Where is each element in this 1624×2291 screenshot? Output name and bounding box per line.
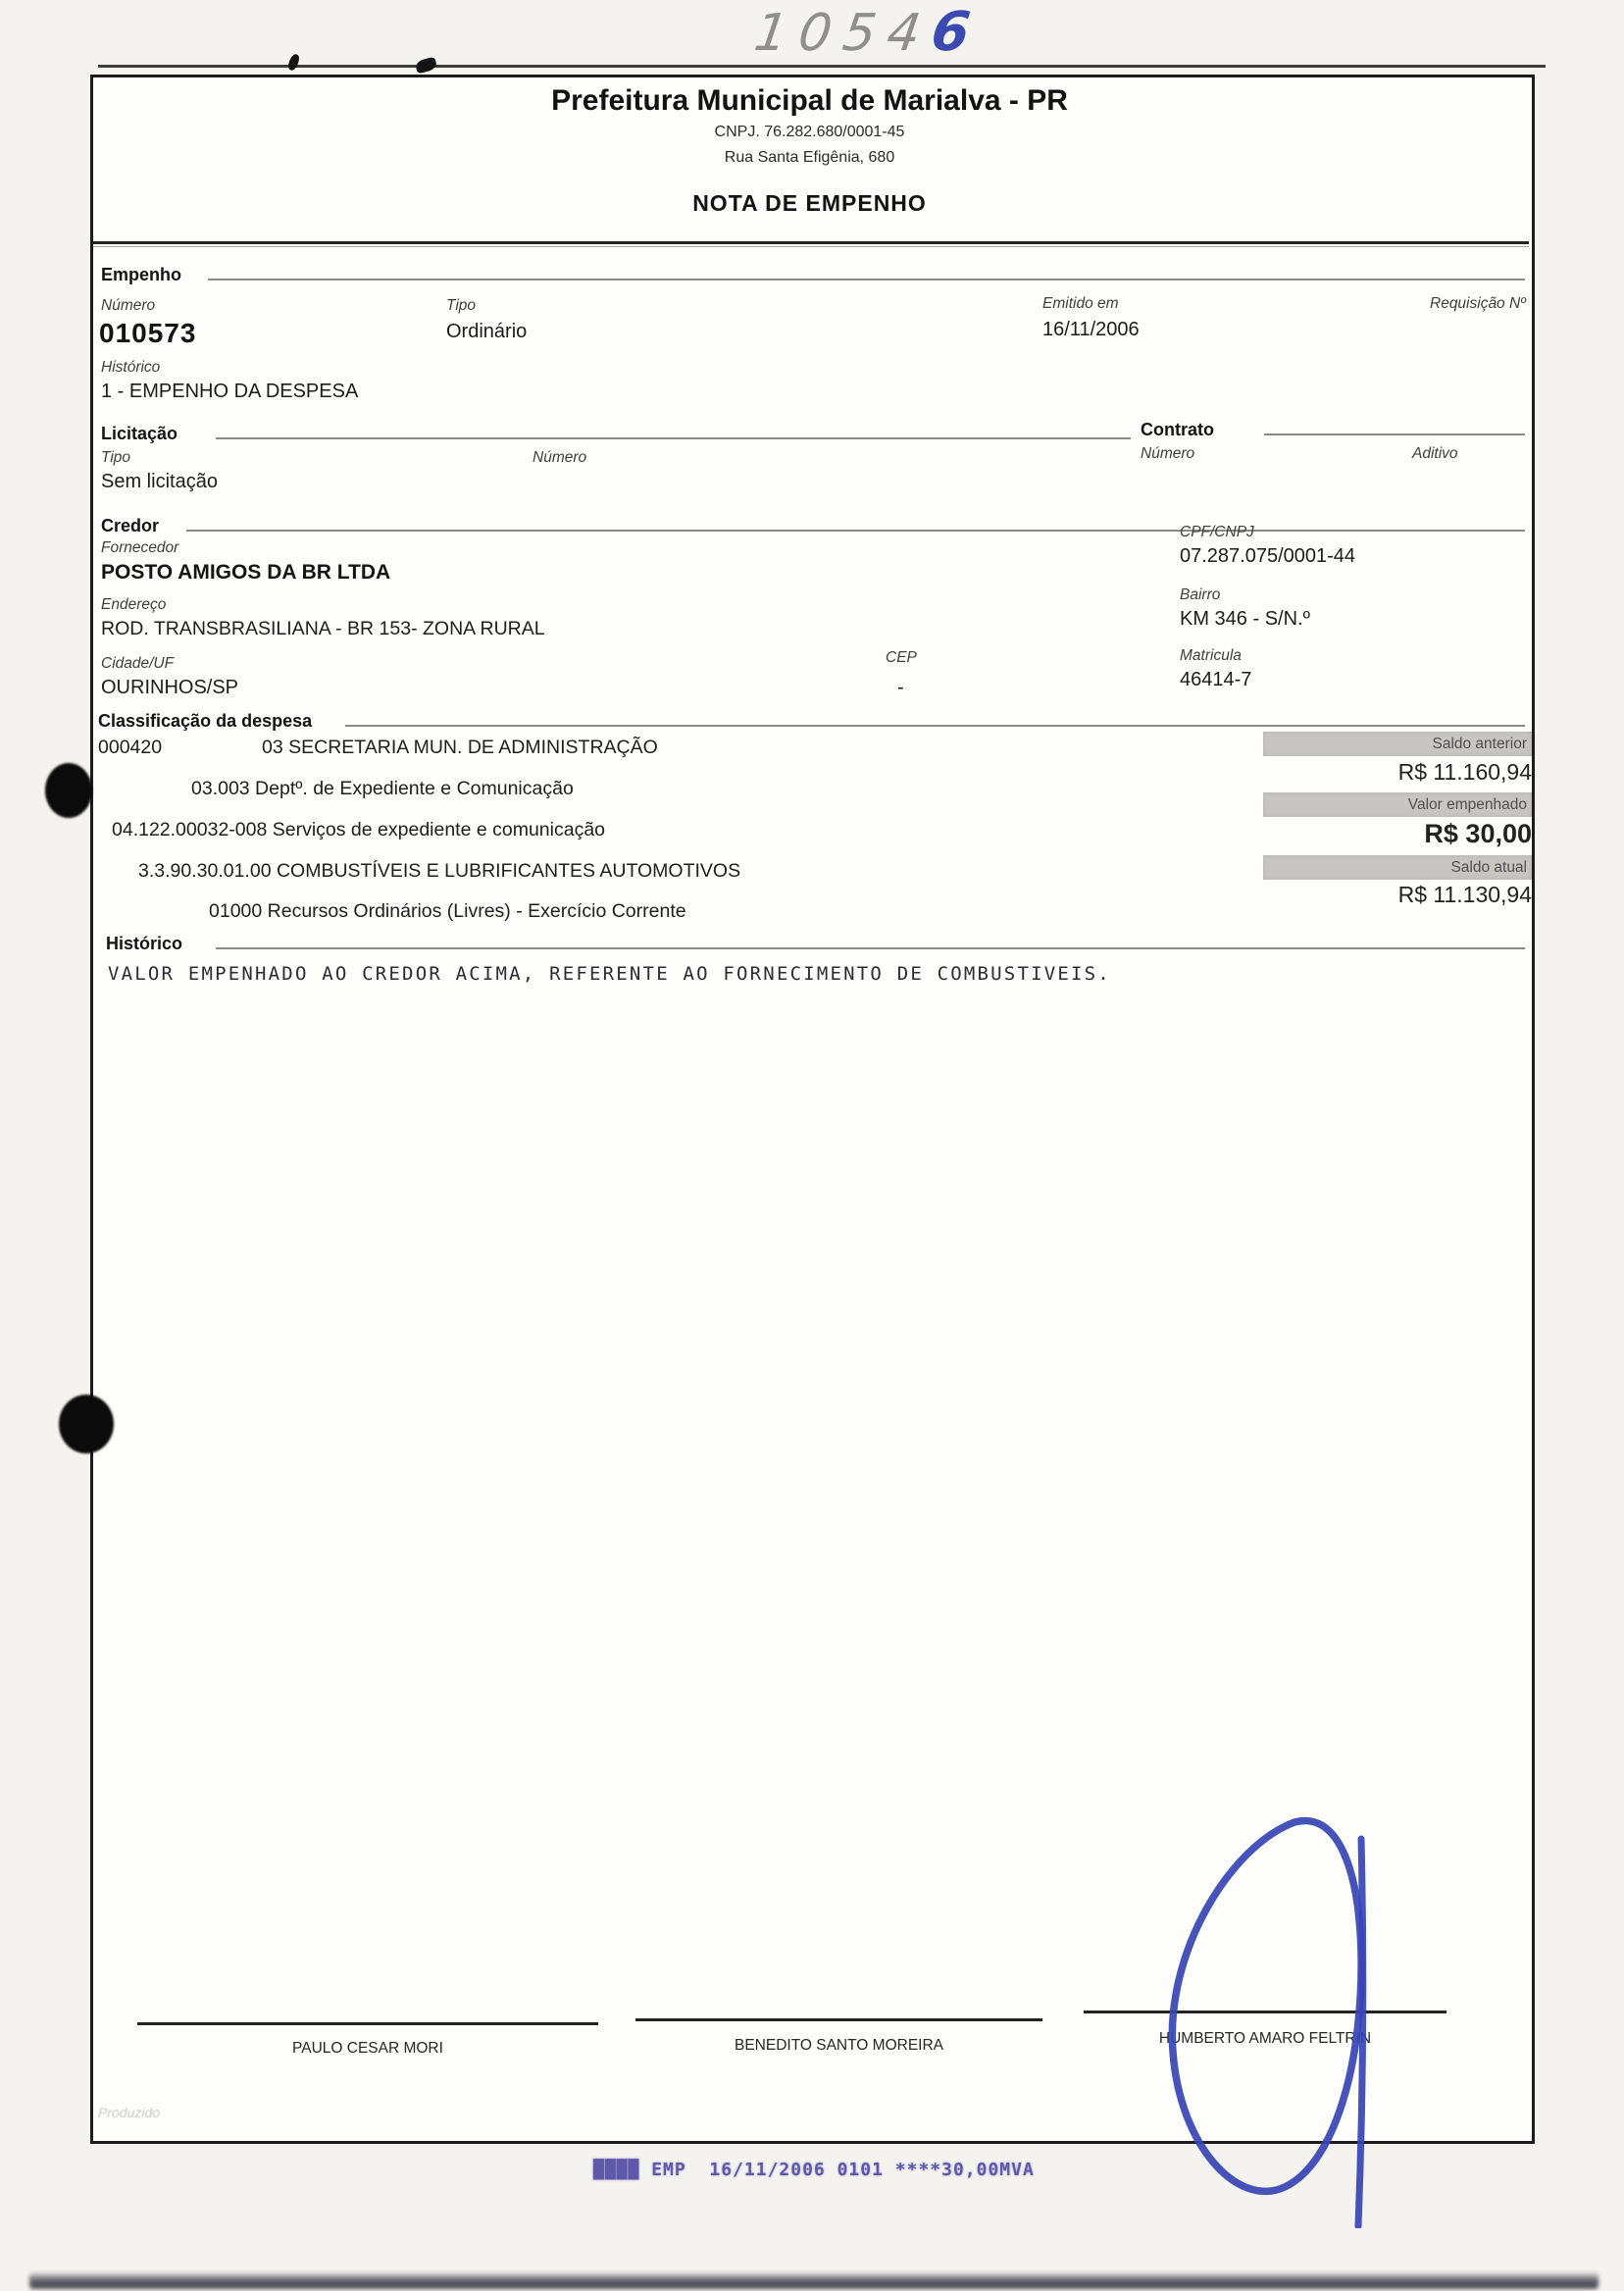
classificacao-linha1-codigo: 000420 bbox=[98, 737, 162, 759]
cidade-uf-value: OURINHOS/SP bbox=[101, 677, 238, 699]
org-cnpj: CNPJ. 76.282.680/0001-45 bbox=[90, 124, 1529, 141]
emitido-label: Emitido em bbox=[1042, 295, 1119, 313]
licitacao-tipo-label: Tipo bbox=[101, 449, 130, 467]
endereco-label: Endereço bbox=[101, 596, 166, 614]
credor-section-label: Credor bbox=[101, 516, 159, 536]
historico-section-rule bbox=[216, 947, 1525, 949]
dot-matrix-stamp: ████ EMP 16/11/2006 0101 ****30,00MVA bbox=[593, 2160, 1035, 2180]
empenho-historico-label: Histórico bbox=[101, 359, 160, 377]
signature-name-1: PAULO CESAR MORI bbox=[162, 2040, 574, 2058]
empenho-tipo-label: Tipo bbox=[446, 297, 476, 315]
empenho-numero-value: 010573 bbox=[99, 318, 196, 349]
classificacao-section-rule bbox=[345, 725, 1525, 727]
contrato-numero-label: Número bbox=[1141, 445, 1194, 463]
saldo-anterior-label: Saldo anterior bbox=[1263, 732, 1532, 756]
cpf-cnpj-value: 07.287.075/0001-44 bbox=[1180, 545, 1355, 568]
scan-top-line bbox=[98, 65, 1546, 68]
classificacao-linha1-desc: 03 SECRETARIA MUN. DE ADMINISTRAÇÃO bbox=[262, 737, 658, 759]
empenho-numero-label: Número bbox=[101, 297, 155, 315]
classificacao-linha5: 01000 Recursos Ordinários (Livres) - Exe… bbox=[209, 900, 686, 923]
cidade-uf-label: Cidade/UF bbox=[101, 655, 174, 673]
signature-name-2: BENEDITO SANTO MOREIRA bbox=[635, 2037, 1042, 2055]
classificacao-linha2: 03.003 Deptº. de Expediente e Comunicaçã… bbox=[191, 778, 574, 800]
endereco-value: ROD. TRANSBRASILIANA - BR 153- ZONA RURA… bbox=[101, 618, 545, 640]
handwritten-ink-digit: 6 bbox=[928, 0, 974, 63]
empenho-tipo-value: Ordinário bbox=[446, 321, 527, 343]
org-street: Rua Santa Efigênia, 680 bbox=[90, 149, 1529, 167]
matricula-label: Matricula bbox=[1180, 647, 1242, 665]
valor-empenhado-label: Valor empenhado bbox=[1263, 792, 1532, 817]
signature-line-1 bbox=[137, 2022, 598, 2025]
empenho-section-rule bbox=[208, 279, 1525, 280]
header-divider-shadow bbox=[93, 246, 1529, 247]
requisicao-label: Requisição Nº bbox=[1430, 295, 1526, 313]
fornecedor-label: Fornecedor bbox=[101, 539, 178, 557]
handwritten-pencil-digits: 1054 bbox=[751, 4, 937, 63]
header-divider bbox=[93, 241, 1529, 244]
stamp-text: EMP 16/11/2006 0101 ****30,00MVA bbox=[639, 2160, 1034, 2180]
emitido-value: 16/11/2006 bbox=[1042, 319, 1140, 341]
contrato-section-rule bbox=[1264, 433, 1525, 435]
doc-title: NOTA DE EMPENHO bbox=[90, 190, 1529, 217]
contrato-aditivo-label: Aditivo bbox=[1412, 445, 1458, 463]
saldo-atual-value: R$ 11.130,94 bbox=[1138, 882, 1532, 908]
hole-punch bbox=[59, 1395, 114, 1453]
bairro-label: Bairro bbox=[1180, 586, 1220, 604]
cpf-cnpj-label: CPF/CNPJ bbox=[1180, 524, 1254, 541]
cep-label: CEP bbox=[886, 649, 917, 667]
hole-punch bbox=[45, 763, 92, 818]
handwritten-number: 10546 bbox=[751, 0, 975, 63]
valor-empenhado-value: R$ 30,00 bbox=[1138, 819, 1532, 849]
saldo-anterior-value: R$ 11.160,94 bbox=[1138, 759, 1532, 786]
footer-watermark: Produzido bbox=[98, 2105, 160, 2120]
cep-value: - bbox=[897, 677, 904, 699]
scan-speck bbox=[286, 53, 301, 72]
empenho-section-label: Empenho bbox=[101, 265, 181, 285]
pen-signature bbox=[1128, 1805, 1393, 2228]
scan-bottom-shadow bbox=[29, 2271, 1599, 2289]
scan-speck bbox=[415, 57, 438, 75]
credor-section-rule bbox=[186, 530, 1525, 532]
empenho-historico-value: 1 - EMPENHO DA DESPESA bbox=[101, 381, 358, 403]
historico-texto: VALOR EMPENHADO AO CREDOR ACIMA, REFEREN… bbox=[108, 963, 1111, 985]
historico-section-label: Histórico bbox=[106, 934, 182, 954]
licitacao-section-label: Licitação bbox=[101, 424, 178, 444]
classificacao-linha4: 3.3.90.30.01.00 COMBUSTÍVEIS E LUBRIFICA… bbox=[138, 860, 740, 883]
org-name: Prefeitura Municipal de Marialva - PR bbox=[90, 84, 1529, 118]
licitacao-tipo-value: Sem licitação bbox=[101, 471, 218, 493]
classificacao-linha3: 04.122.00032-008 Serviços de expediente … bbox=[112, 819, 605, 841]
stamp-overprint-block: ████ bbox=[593, 2160, 639, 2180]
contrato-section-label: Contrato bbox=[1141, 420, 1214, 440]
fornecedor-value: POSTO AMIGOS DA BR LTDA bbox=[101, 561, 390, 585]
matricula-value: 46414-7 bbox=[1180, 669, 1251, 691]
licitacao-section-rule bbox=[216, 437, 1131, 439]
licitacao-numero-label: Número bbox=[533, 449, 586, 467]
classificacao-section-label: Classificação da despesa bbox=[98, 711, 312, 732]
saldo-atual-label: Saldo atual bbox=[1263, 855, 1532, 880]
signature-line-2 bbox=[635, 2018, 1042, 2021]
bairro-value: KM 346 - S/N.º bbox=[1180, 608, 1310, 631]
